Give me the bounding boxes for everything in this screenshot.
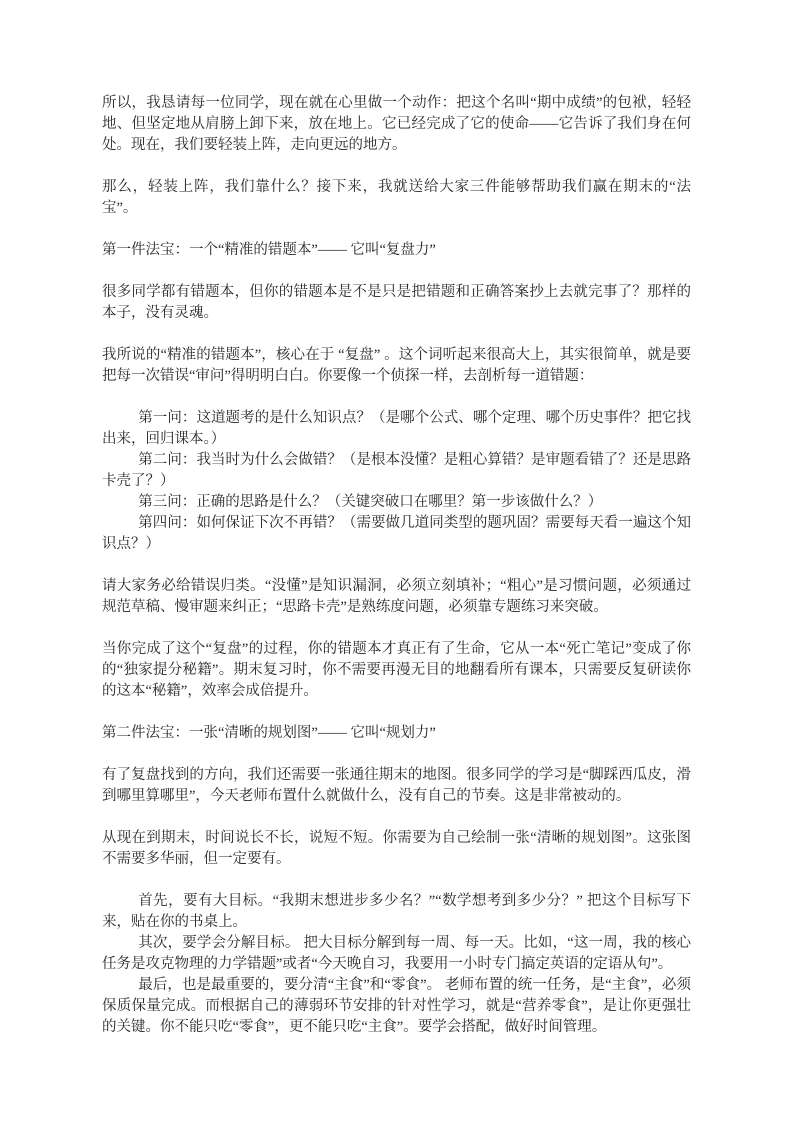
paragraph-roadmap-intro: 有了复盘找到的方向，我们还需要一张通往期末的地图。很多同学的学习是“脚踩西瓜皮，… [102, 765, 691, 807]
question-2: 第二问：我当时为什么会做错？（是根本没懂？是粗心算错？是审题看错了？还是思路卡壳… [102, 450, 691, 492]
question-list: 第一问：这道题考的是什么知识点？（是哪个公式、哪个定理、哪个历史事件？把它找出来… [102, 408, 691, 555]
paragraph-secret-manual: 当你完成了这个“复盘”的过程，你的错题本才真正有了生命，它从一本“死亡笔记”变成… [102, 639, 691, 702]
paragraph-draw-roadmap: 从现在到期末，时间说长不长，说短不短。你需要为自己绘制一张“清晰的规划图”。这张… [102, 828, 691, 870]
steps-list: 首先，要有大目标。“我期末想进步多少名？”“数学想考到多少分？” 把这个目标写下… [102, 891, 691, 1038]
paragraph-review-core: 我所说的“精准的错题本”，核心在于 “复盘” 。这个词听起来很高大上，其实很简单… [102, 345, 691, 387]
heading-treasure-1: 第一件法宝：一个“精准的错题本”—— 它叫“复盘力” [102, 240, 691, 261]
paragraph-put-down-burden: 所以，我恳请每一位同学，现在就在心里做一个动作：把这个名叫“期中成绩”的包袱，轻… [102, 93, 691, 156]
step-decompose-goal: 其次，要学会分解目标。 把大目标分解到每一周、每一天。比如，“这一周，我的核心任… [102, 933, 691, 975]
question-1: 第一问：这道题考的是什么知识点？（是哪个公式、哪个定理、哪个历史事件？把它找出来… [102, 408, 691, 450]
step-big-goal: 首先，要有大目标。“我期末想进步多少名？”“数学想考到多少分？” 把这个目标写下… [102, 891, 691, 933]
question-3: 第三问：正确的思路是什么？（关键突破口在哪里？第一步该做什么？） [102, 492, 691, 513]
heading-treasure-2: 第二件法宝：一张“清晰的规划图”—— 它叫“规划力” [102, 723, 691, 744]
step-staple-vs-snack: 最后，也是最重要的，要分清“主食”和“零食”。 老师布置的统一任务，是“主食”，… [102, 975, 691, 1038]
paragraph-what-do-we-rely-on: 那么，轻装上阵，我们靠什么？接下来，我就送给大家三件能够帮助我们赢在期末的“法宝… [102, 177, 691, 219]
paragraph-mistake-notebook: 很多同学都有错题本，但你的错题本是不是只是把错题和正确答案抄上去就完事了？那样的… [102, 282, 691, 324]
paragraph-error-classification: 请大家务必给错误归类。“没懂”是知识漏洞，必须立刻填补；“粗心”是习惯问题，必须… [102, 576, 691, 618]
document-page: 所以，我恳请每一位同学，现在就在心里做一个动作：把这个名叫“期中成绩”的包袱，轻… [0, 0, 793, 1122]
question-4: 第四问：如何保证下次不再错？（需要做几道同类型的题巩固？需要每天看一遍这个知识点… [102, 513, 691, 555]
